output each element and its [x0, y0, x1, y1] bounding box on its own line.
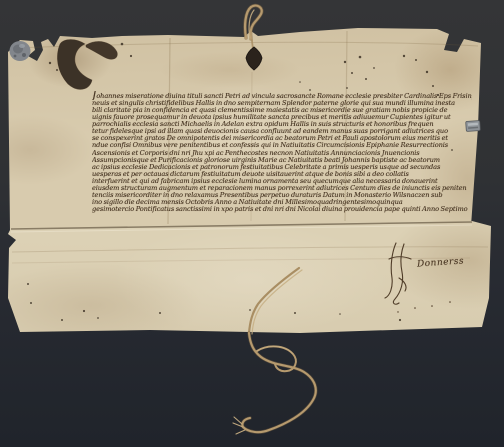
- manuscript-line: ndue confisi Omnibus vere penitentibus e…: [92, 142, 472, 149]
- manuscript-line: Assumpcionisque et Purificacionis glorio…: [92, 157, 472, 164]
- manuscript-text-block: Johannes miseratione diuina tituli sanct…: [92, 91, 472, 215]
- manuscript-line: Ascensionis et Corporis dni nri Jhu xpi …: [92, 150, 472, 157]
- manuscript-line: tenciis misericorditer in dno relaxamus …: [92, 192, 472, 199]
- manuscript-line: uignis fauore prosequamur in deuota ipsi…: [92, 114, 472, 121]
- manuscript-line: neuis et singulis christifidelibus Halli…: [92, 100, 472, 107]
- manuscript-line: se conspexerint gratos De omnipotentis d…: [92, 135, 472, 142]
- manuscript-line: tetur fidelesque ipsi ad illam quasi deu…: [92, 128, 472, 135]
- manuscript-line: ac ipsius ecclesie Dedicacionis et patro…: [92, 164, 472, 171]
- manuscript-line: bili claritate pia in confidencia et qua…: [92, 107, 472, 114]
- manuscript-line: eiusdem structuram augmentum et reparaci…: [92, 185, 472, 192]
- manuscript-line: interfuerint et qui ad fabricam ipsius e…: [92, 178, 472, 185]
- charter-photo: Johannes miseratione diuina tituli sanct…: [0, 0, 504, 447]
- manuscript-line: uesperas et per octauas dictarum festiui…: [92, 171, 472, 178]
- manuscript-line: Johannes miseratione diuina tituli sanct…: [92, 91, 472, 100]
- manuscript-line: gesimotercio Pontificatus sanctissimi in…: [92, 206, 472, 213]
- manuscript-line: ino sigillo die decima mensis Octobris A…: [92, 199, 472, 206]
- manuscript-line: parrochialis ecclesia sancti Michaelis i…: [92, 121, 472, 128]
